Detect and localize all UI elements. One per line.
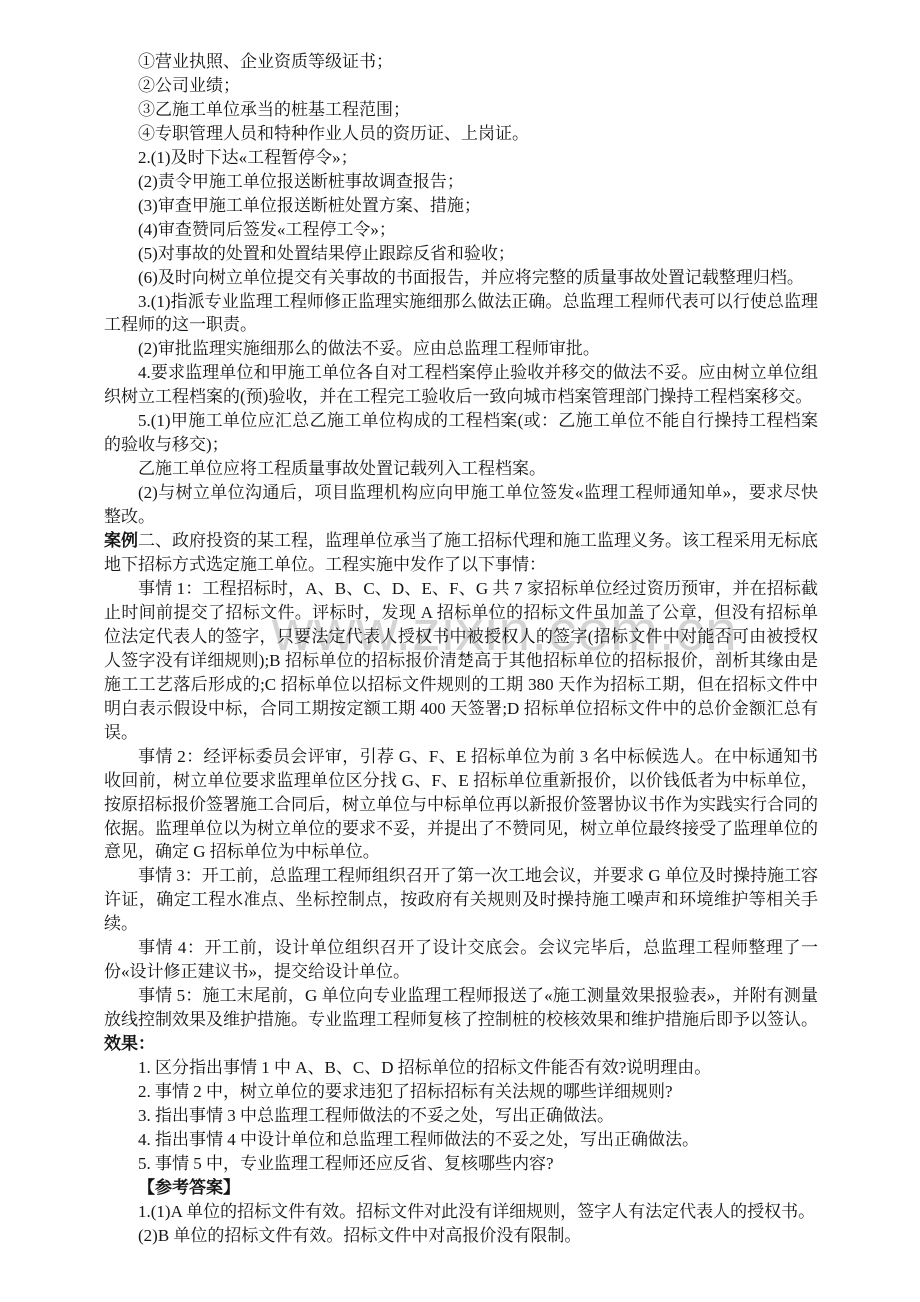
event-paragraph: 事情 1：工程招标时，A、B、C、D、E、F、G 共 7 家招标单位经过资历预审…: [104, 577, 818, 745]
answer-item: 5.(1)甲施工单位应汇总乙施工单位构成的工程档案(或：乙施工单位不能自行操持工…: [104, 409, 818, 457]
questions-heading: 效果：: [104, 1032, 818, 1056]
document-content: ①营业执照、企业资质等级证书； ②公司业绩； ③乙施工单位承当的桩基工程范围； …: [104, 50, 818, 1248]
question-item: 2. 事情 2 中，树立单位的要求违犯了招标招标有关法规的哪些详细规则?: [104, 1080, 818, 1104]
case2-heading-paragraph: 案例二、政府投资的某工程，监理单位承当了施工招标代理和施工监理义务。该工程采用无…: [104, 529, 818, 577]
question-item: 1. 区分指出事情 1 中 A、B、C、D 招标单位的招标文件能否有效?说明理由…: [104, 1056, 818, 1080]
event-paragraph: 事情 5：施工末尾前，G 单位向专业监理工程师报送了«施工测量效果报验表»，并附…: [104, 984, 818, 1032]
answer-item: 3.(1)指派专业监理工程师修正监理实施细那么做法正确。总监理工程师代表可以行使…: [104, 290, 818, 338]
question-item: 4. 指出事情 4 中设计单位和总监理工程师做法的不妥之处，写出正确做法。: [104, 1128, 818, 1152]
answer-item: 2.(1)及时下达«工程暂停令»；: [104, 146, 818, 170]
answer-item: (2)责令甲施工单位报送断桩事故调查报告；: [104, 170, 818, 194]
answer-item: ②公司业绩；: [104, 74, 818, 98]
event-paragraph: 事情 2：经评标委员会评审，引荐 G、F、E 招标单位为前 3 名中标候选人。在…: [104, 745, 818, 865]
answer-item: (4)审查赞同后签发«工程停工令»；: [104, 218, 818, 242]
question-item: 3. 指出事情 3 中总监理工程师做法的不妥之处，写出正确做法。: [104, 1104, 818, 1128]
reference-answer-item: 1.(1)A 单位的招标文件有效。招标文件对此没有详细规则，签字人有法定代表人的…: [104, 1200, 818, 1224]
answer-item: ④专职管理人员和特种作业人员的资历证、上岗证。: [104, 122, 818, 146]
reference-answer-heading: 【参考答案】: [104, 1176, 818, 1200]
document-page: www.zixin.com.cn ①营业执照、企业资质等级证书； ②公司业绩； …: [0, 0, 920, 1302]
case2-intro: 二、政府投资的某工程，监理单位承当了施工招标代理和施工监理义务。该工程采用无标底…: [104, 531, 818, 574]
event-paragraph: 事情 4：开工前，设计单位组织召开了设计交底会。会议完毕后，总监理工程师整理了一…: [104, 936, 818, 984]
answer-item: 4.要求监理单位和甲施工单位各自对工程档案停止验收并移交的做法不妥。应由树立单位…: [104, 361, 818, 409]
reference-answer-item: (2)B 单位的招标文件有效。招标文件中对高报价没有限制。: [104, 1224, 818, 1248]
answer-item: ③乙施工单位承当的桩基工程范围；: [104, 98, 818, 122]
answer-item: (2)审批监理实施细那么的做法不妥。应由总监理工程师审批。: [104, 337, 818, 361]
answer-item: ①营业执照、企业资质等级证书；: [104, 50, 818, 74]
event-paragraph: 事情 3：开工前，总监理工程师组织召开了第一次工地会议，并要求 G 单位及时操持…: [104, 864, 818, 936]
answer-item: 乙施工单位应将工程质量事故处置记载列入工程档案。: [104, 457, 818, 481]
answer-item: (5)对事故的处置和处置结果停止跟踪反省和验收；: [104, 242, 818, 266]
answer-item: (3)审查甲施工单位报送断桩处置方案、措施；: [104, 194, 818, 218]
case2-label: 案例: [104, 531, 138, 550]
answer-item: (6)及时向树立单位提交有关事故的书面报告，并应将完整的质量事故处置记载整理归档…: [104, 266, 818, 290]
question-item: 5. 事情 5 中，专业监理工程师还应反省、复核哪些内容?: [104, 1152, 818, 1176]
answer-item: (2)与树立单位沟通后，项目监理机构应向甲施工单位签发«监理工程师通知单»，要求…: [104, 481, 818, 529]
